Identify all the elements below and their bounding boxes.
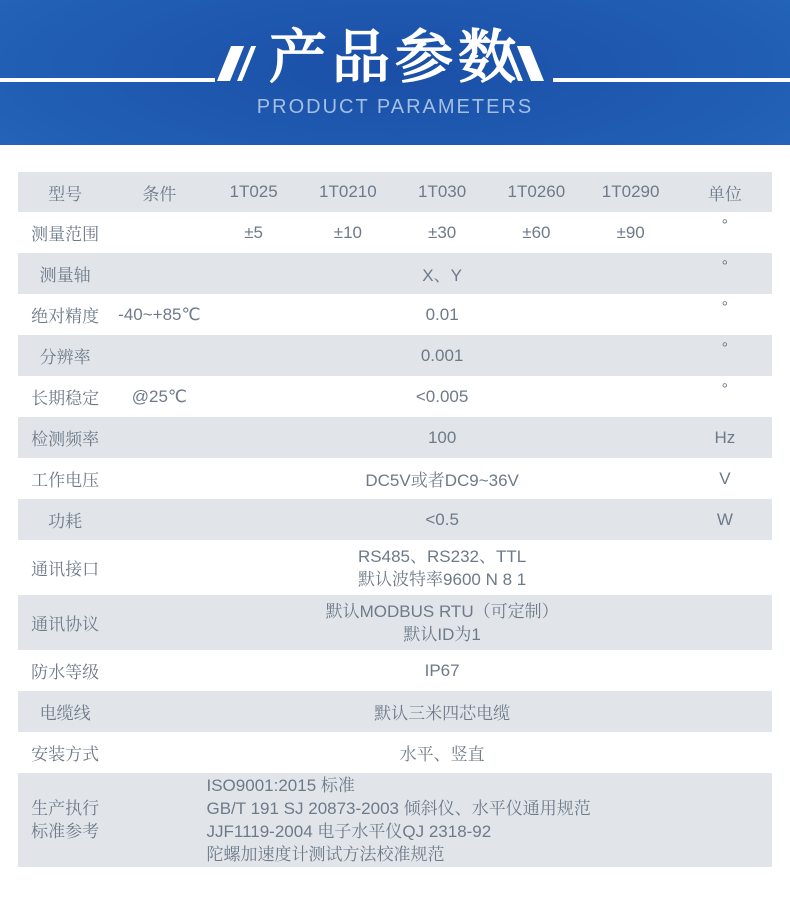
table-row-measure-range: 测量范围 ±5 ±10 ±30 ±60 ±90 ° [18, 212, 772, 253]
table-row-resolution: 分辨率 0.001 ° [18, 335, 772, 376]
row-label: 防水等级 [18, 658, 112, 683]
row-unit: ° [678, 376, 772, 399]
row-unit: Hz [678, 428, 772, 448]
table-row-detection-frequency: 检测频率 100 Hz [18, 417, 772, 458]
row-value: 0.01 [207, 305, 678, 325]
table-row-absolute-accuracy: 绝对精度 -40~+85℃ 0.01 ° [18, 294, 772, 335]
table-row-cable: 电缆线 默认三米四芯电缆 [18, 691, 772, 732]
row-label: 长期稳定 [18, 384, 112, 409]
row-value-line2: GB/T 191 SJ 20873-2003 倾斜仪、水平仪通用规范 [207, 797, 678, 820]
header-cell-1t030: 1T030 [395, 182, 489, 202]
row-value: IP67 [207, 661, 678, 681]
row-value-line1: RS485、RS232、TTL [207, 545, 678, 568]
row-label: 通讯接口 [18, 555, 112, 580]
row-value: ±5 [207, 223, 301, 243]
row-unit: V [678, 469, 772, 489]
product-parameters-banner: 产品参数 PRODUCT PARAMETERS [0, 0, 790, 145]
header-cell-unit: 单位 [678, 180, 772, 205]
table-header-row: 型号 条件 1T025 1T0210 1T030 1T0260 1T0290 单… [18, 172, 772, 212]
table-row-production-standards: 生产执行 标准参考 ISO9001:2015 标准 GB/T 191 SJ 20… [18, 773, 772, 867]
row-value: ±60 [489, 223, 583, 243]
row-value: ISO9001:2015 标准 GB/T 191 SJ 20873-2003 倾… [207, 774, 678, 866]
table-row-measure-axis: 测量轴 X、Y ° [18, 253, 772, 294]
table-row-long-term-stability: 长期稳定 @25℃ <0.005 ° [18, 376, 772, 417]
header-cell-condition: 条件 [112, 180, 206, 205]
header-cell-1t0210: 1T0210 [301, 182, 395, 202]
row-value: ±10 [301, 223, 395, 243]
row-value: 100 [207, 428, 678, 448]
row-label: 测量轴 [18, 261, 112, 286]
header-cell-1t0290: 1T0290 [584, 182, 678, 202]
table-row-power-consumption: 功耗 <0.5 W [18, 499, 772, 540]
row-label-line2: 标准参考 [18, 820, 112, 843]
row-value-line2: 默认ID为1 [207, 623, 678, 646]
row-label: 通讯协议 [18, 610, 112, 635]
table-row-communication-interface: 通讯接口 RS485、RS232、TTL 默认波特率9600 N 8 1 [18, 540, 772, 595]
row-value: X、Y [207, 261, 678, 286]
table-row-communication-protocol: 通讯协议 默认MODBUS RTU（可定制） 默认ID为1 [18, 595, 772, 650]
table-row-installation-method: 安装方式 水平、竖直 [18, 732, 772, 773]
row-label: 电缆线 [18, 699, 112, 724]
row-value: ±30 [395, 223, 489, 243]
row-value-line1: ISO9001:2015 标准 [207, 774, 678, 797]
row-label: 工作电压 [18, 466, 112, 491]
row-unit: ° [678, 335, 772, 358]
row-label: 绝对精度 [18, 302, 112, 327]
row-value: DC5V或者DC9~36V [207, 466, 678, 491]
table-row-working-voltage: 工作电压 DC5V或者DC9~36V V [18, 458, 772, 499]
row-unit: W [678, 510, 772, 530]
row-value-line2: 默认波特率9600 N 8 1 [207, 568, 678, 591]
row-value-line1: 默认MODBUS RTU（可定制） [207, 600, 678, 623]
row-label: 分辨率 [18, 343, 112, 368]
row-value: ±90 [584, 223, 678, 243]
row-value: 默认MODBUS RTU（可定制） 默认ID为1 [207, 600, 678, 646]
row-value: 水平、竖直 [207, 740, 678, 765]
row-value: <0.005 [207, 387, 678, 407]
row-label: 测量范围 [18, 220, 112, 245]
row-unit: ° [678, 294, 772, 317]
row-value-line3: JJF1119-2004 电子水平仪QJ 2318-92 [207, 820, 678, 843]
product-spec-table: 型号 条件 1T025 1T0210 1T030 1T0260 1T0290 单… [18, 172, 772, 867]
row-value: RS485、RS232、TTL 默认波特率9600 N 8 1 [207, 545, 678, 591]
header-cell-1t0260: 1T0260 [489, 182, 583, 202]
header-cell-1t025: 1T025 [207, 182, 301, 202]
row-value-line4: 陀螺加速度计测试方法校准规范 [207, 843, 678, 866]
row-unit: ° [678, 253, 772, 276]
row-value: 0.001 [207, 346, 678, 366]
row-condition: @25℃ [112, 387, 206, 407]
row-unit: ° [678, 212, 772, 235]
row-condition: -40~+85℃ [112, 305, 206, 325]
table-row-waterproof-rating: 防水等级 IP67 [18, 650, 772, 691]
row-label: 安装方式 [18, 740, 112, 765]
row-label: 生产执行 标准参考 [18, 797, 112, 843]
row-value: 默认三米四芯电缆 [207, 699, 678, 724]
header-cell-model: 型号 [18, 180, 112, 205]
row-label: 检测频率 [18, 425, 112, 450]
row-label-line1: 生产执行 [18, 797, 112, 820]
row-value: <0.5 [207, 510, 678, 530]
page-title: 产品参数 [0, 26, 790, 90]
page-subtitle: PRODUCT PARAMETERS [0, 96, 790, 119]
row-label: 功耗 [18, 507, 112, 532]
